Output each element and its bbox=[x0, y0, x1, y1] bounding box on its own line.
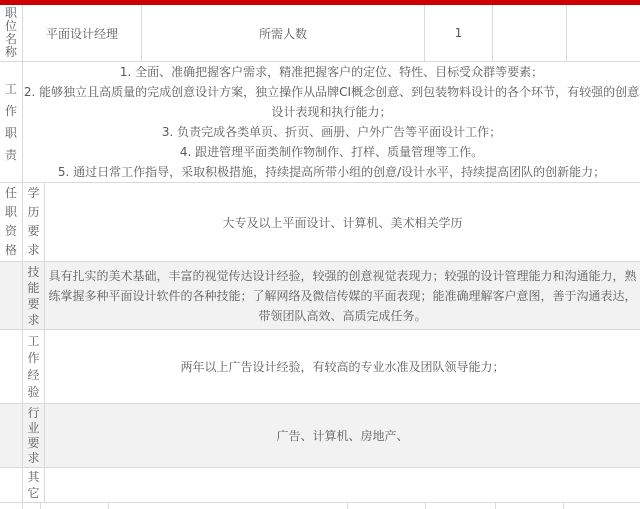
duties-label: 工作职责 bbox=[5, 78, 18, 166]
industry-value: 广告、计算机、房地产、 bbox=[276, 427, 408, 444]
position-name-label-cell: 职位名称 bbox=[0, 5, 23, 61]
duties-line: 设计表现和执行能力； bbox=[23, 102, 640, 122]
job-description-table: 职位名称 平面设计经理 所需人数 1 工作职责 1. 全面、准确把握客户需求，精… bbox=[0, 0, 640, 509]
headcount-value-cell: 1 bbox=[425, 5, 493, 61]
other-content-cell bbox=[45, 468, 640, 502]
experience-row: 工作经验 两年以上广告设计经验，有较高的专业水准及团队领导能力； bbox=[0, 330, 640, 404]
education-row: 任职资格 学历要求 大专及以上平面设计、计算机、美术相关学历 bbox=[0, 183, 640, 262]
gridline-tick bbox=[347, 503, 348, 509]
education-value: 大专及以上平面设计、计算机、美术相关学历 bbox=[222, 214, 462, 231]
duties-line: 1. 全面、准确把握客户需求，精准把握客户的定位、特性、目标受众群等要素； bbox=[23, 62, 640, 82]
empty-cell bbox=[493, 5, 567, 61]
skills-label-cell: 技能要求 bbox=[23, 262, 45, 329]
experience-label: 工作经验 bbox=[27, 333, 40, 401]
skills-line: 带领团队高效、高质完成任务。 bbox=[45, 306, 640, 326]
education-label-cell: 学历要求 bbox=[23, 183, 45, 261]
qualifications-spacer-cell bbox=[0, 330, 23, 403]
other-row: 其它 bbox=[0, 468, 640, 503]
gridline-tick bbox=[108, 503, 109, 509]
skills-line: 练掌握多种平面设计软件的各种技能；了解网络及微信传媒的平面表现；能准确理解客户意… bbox=[45, 286, 640, 306]
experience-value: 两年以上广告设计经验，有较高的专业水准及团队领导能力； bbox=[180, 358, 504, 375]
bottom-gridline-strip bbox=[0, 503, 640, 509]
headcount-label-cell: 所需人数 bbox=[142, 5, 425, 61]
qualifications-label: 任职资格 bbox=[5, 184, 18, 260]
duties-line: 2. 能够独立且高质量的完成创意设计方案，独立操作从品牌CI概念创意、到包装物料… bbox=[23, 82, 640, 102]
position-value: 平面设计经理 bbox=[46, 25, 118, 42]
gridline-tick bbox=[22, 503, 23, 509]
other-label-cell: 其它 bbox=[23, 468, 45, 502]
headcount-value: 1 bbox=[455, 26, 463, 40]
skills-content-cell: 具有扎实的美术基础，丰富的视觉传达设计经验，较强的创意视觉表现力；较强的设计管理… bbox=[45, 262, 640, 329]
position-value-cell: 平面设计经理 bbox=[23, 5, 142, 61]
gridline-tick bbox=[40, 503, 41, 509]
duties-line: 5. 通过日常工作指导，采取积极措施，持续提高所带小组的创意/设计水平，持续提高… bbox=[23, 162, 640, 182]
duties-content-cell: 1. 全面、准确把握客户需求，精准把握客户的定位、特性、目标受众群等要素； 2.… bbox=[23, 62, 640, 182]
qualifications-spacer-cell bbox=[0, 404, 23, 467]
qualifications-spacer-cell bbox=[0, 262, 23, 329]
duties-line: 4. 跟进管理平面类制作物制作、打样、质量管理等工作。 bbox=[23, 142, 640, 162]
duties-label-cell: 工作职责 bbox=[0, 62, 23, 182]
skills-label: 技能要求 bbox=[27, 264, 40, 328]
duties-line: 3. 负责完成各类单页、折页、画册、户外广告等平面设计工作； bbox=[23, 122, 640, 142]
industry-label: 行业要求 bbox=[27, 406, 40, 466]
position-name-label: 职位名称 bbox=[5, 7, 18, 59]
duties-row: 工作职责 1. 全面、准确把握客户需求，精准把握客户的定位、特性、目标受众群等要… bbox=[0, 62, 640, 183]
empty-cell bbox=[567, 5, 640, 61]
gridline-tick bbox=[425, 503, 426, 509]
other-label: 其它 bbox=[27, 469, 40, 501]
industry-row: 行业要求 广告、计算机、房地产、 bbox=[0, 404, 640, 468]
education-label: 学历要求 bbox=[27, 184, 40, 260]
headcount-label: 所需人数 bbox=[259, 25, 307, 42]
skills-row: 技能要求 具有扎实的美术基础，丰富的视觉传达设计经验，较强的创意视觉表现力；较强… bbox=[0, 262, 640, 330]
industry-content-cell: 广告、计算机、房地产、 bbox=[45, 404, 640, 467]
experience-label-cell: 工作经验 bbox=[23, 330, 45, 403]
qualifications-spacer-cell bbox=[0, 468, 23, 502]
industry-label-cell: 行业要求 bbox=[23, 404, 45, 467]
skills-line: 具有扎实的美术基础，丰富的视觉传达设计经验，较强的创意视觉表现力；较强的设计管理… bbox=[45, 266, 640, 286]
qualifications-label-cell: 任职资格 bbox=[0, 183, 23, 261]
gridline-tick bbox=[563, 503, 564, 509]
position-header-row: 职位名称 平面设计经理 所需人数 1 bbox=[0, 5, 640, 62]
education-content-cell: 大专及以上平面设计、计算机、美术相关学历 bbox=[45, 183, 640, 261]
gridline-tick bbox=[495, 503, 496, 509]
experience-content-cell: 两年以上广告设计经验，有较高的专业水准及团队领导能力； bbox=[45, 330, 640, 403]
